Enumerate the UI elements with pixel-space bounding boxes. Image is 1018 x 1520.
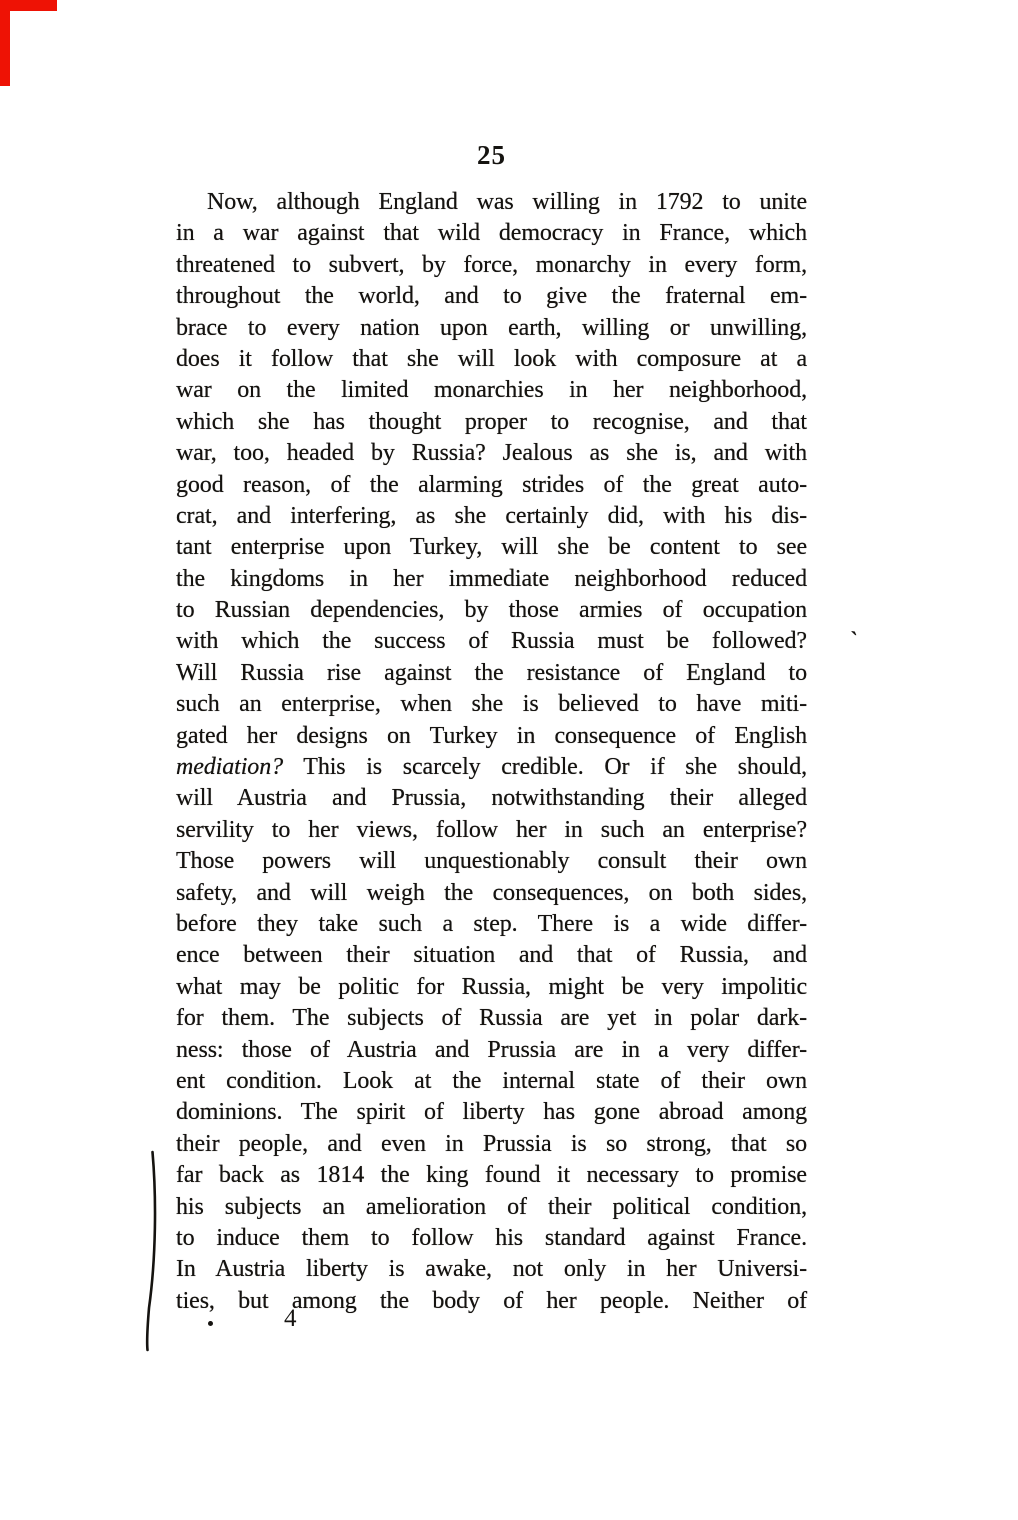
text-line: ness: those of Austria and Prussia are i…: [176, 1035, 807, 1066]
text-line: brace to every nation upon earth, willin…: [176, 313, 807, 344]
text-block: Now, although England was willing in 179…: [176, 187, 807, 1317]
text-line: tant enterprise upon Turkey, will she be…: [176, 532, 807, 563]
text-line: throughout the world, and to give the fr…: [176, 281, 807, 312]
text-line: threatened to subvert, by force, monarch…: [176, 250, 807, 281]
text-line: crat, and interfering, as she certainly …: [176, 501, 807, 532]
text-line: In Austria liberty is awake, not only in…: [176, 1254, 807, 1285]
text-line: their people, and even in Prussia is so …: [176, 1129, 807, 1160]
text-line: which she has thought proper to recognis…: [176, 407, 807, 438]
text-line: servility to her views, follow her in su…: [176, 815, 807, 846]
text-line: ent condition. Look at the internal stat…: [176, 1066, 807, 1097]
text-line: to Russian dependencies, by those armies…: [176, 595, 807, 626]
signature-row: 4: [176, 1305, 807, 1339]
text-line: his subjects an amelioration of their po…: [176, 1192, 807, 1223]
text-line: good reason, of the alarming strides of …: [176, 470, 807, 501]
text-line: Those powers will unquestionably consult…: [176, 846, 807, 877]
text-line: gated her designs on Turkey in consequen…: [176, 721, 807, 752]
signature-mark: 4: [284, 1305, 297, 1333]
text-line: mediation? This is scarcely credible. Or…: [176, 752, 807, 783]
margin-pen-line: [138, 1148, 164, 1354]
text-line: in a war against that wild democracy in …: [176, 218, 807, 249]
text-line: far back as 1814 the king found it neces…: [176, 1160, 807, 1191]
text-line: for them. The subjects of Russia are yet…: [176, 1003, 807, 1034]
text-line: Will Russia rise against the resistance …: [176, 658, 807, 689]
red-corner-mark-horizontal: [0, 0, 57, 11]
ink-speck: `: [847, 628, 859, 656]
text-line: dominions. The spirit of liberty has gon…: [176, 1097, 807, 1128]
page-number: 25: [176, 140, 807, 171]
ink-dot: [208, 1321, 213, 1326]
text-line: the kingdoms in her immediate neighborho…: [176, 564, 807, 595]
text-line: with which the success of Russia must be…: [176, 626, 807, 657]
text-line: war on the limited monarchies in her nei…: [176, 375, 807, 406]
text-line: Now, although England was willing in 179…: [176, 187, 807, 218]
text-line: such an enterprise, when she is believed…: [176, 689, 807, 720]
text-line: before they take such a step. There is a…: [176, 909, 807, 940]
text-line: war, too, headed by Russia? Jealous as s…: [176, 438, 807, 469]
text-line: does it follow that she will look with c…: [176, 344, 807, 375]
red-corner-mark-vertical: [0, 0, 10, 86]
text-line: to induce them to follow his standard ag…: [176, 1223, 807, 1254]
text-line: safety, and will weigh the consequences,…: [176, 878, 807, 909]
scanned-book-page: 25 Now, although England was willing in …: [0, 0, 1018, 1520]
text-line: what may be politic for Russia, might be…: [176, 972, 807, 1003]
text-line: ence between their situation and that of…: [176, 940, 807, 971]
text-line: will Austria and Prussia, notwithstandin…: [176, 783, 807, 814]
